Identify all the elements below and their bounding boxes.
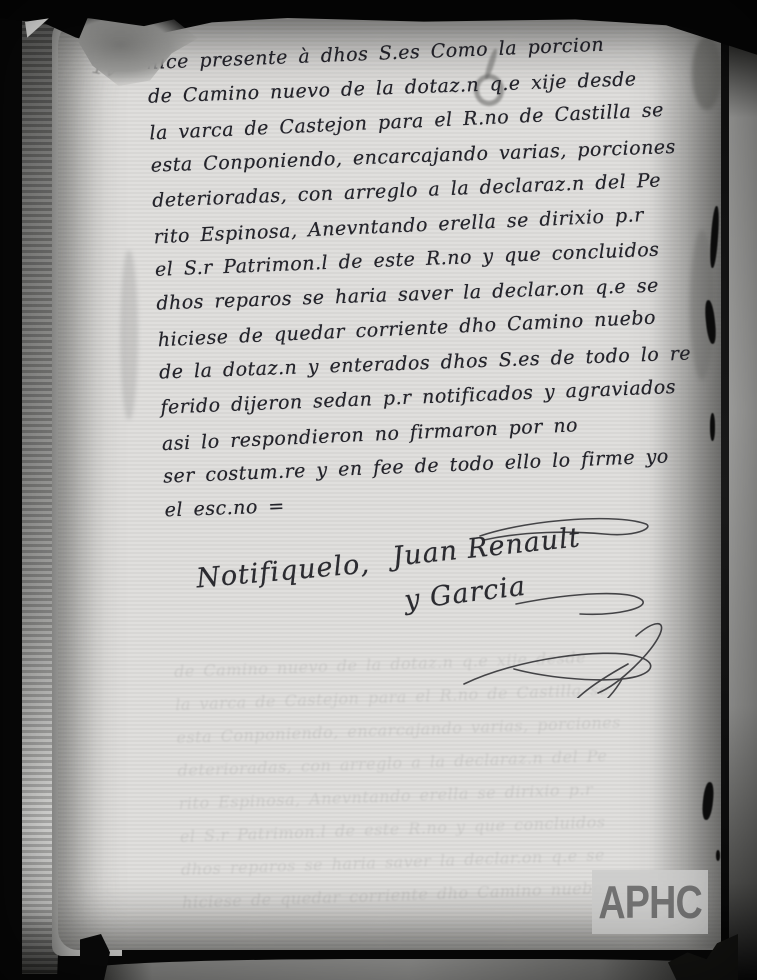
manuscript-photo: 1v hice presente à dhos S.es Como la por… [0,0,757,980]
ink-blotch [716,850,720,861]
manuscript-text: hice presente à dhos S.es Como la porcio… [146,24,717,529]
bottom-edge-strip [88,959,729,980]
smudge-left-margin [120,250,138,420]
signature-flourish [368,508,678,698]
paper-tear-highlight [25,18,51,37]
book-edge-right [729,0,757,980]
aphc-watermark: APHC [592,870,708,934]
book-gutter-right [721,0,729,980]
ink-blotch [710,413,715,441]
watermark-label: APHC [598,875,702,929]
